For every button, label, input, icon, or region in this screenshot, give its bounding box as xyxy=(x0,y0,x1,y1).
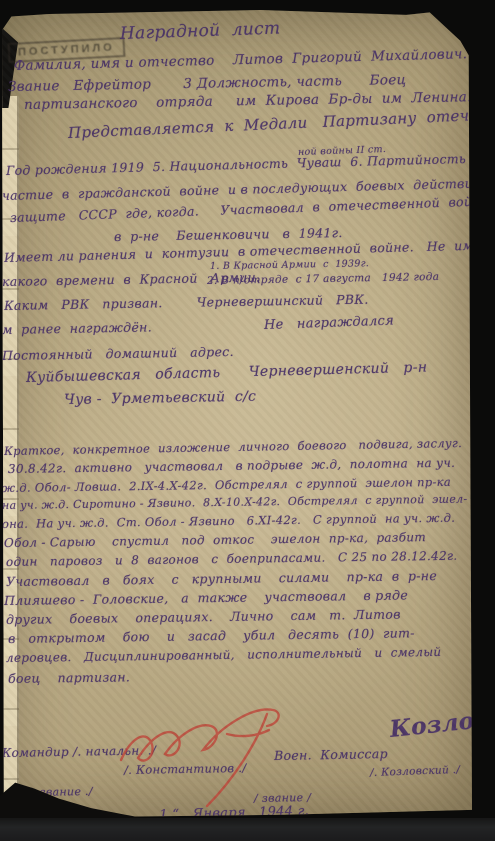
presentation-line: Представляется к Медали Партизану отечес… xyxy=(68,104,495,142)
document-page: ПОСТУПИЛО Наградной лист Фамилия, имя и … xyxy=(2,10,472,818)
red-army-since-value: 1. В Красной Армии с 1939г. xyxy=(210,258,369,272)
feat-line: один паровоз и 8 вагонов с боеприпасами.… xyxy=(6,549,458,569)
address-region-line: Куйбышевская область Черневершенский р-н xyxy=(26,359,428,386)
presentation-sub-line: ной войны II ст. xyxy=(298,144,387,158)
feat-line: на уч. ж.д. Сиротино - Язвино. 8.X-10.X-… xyxy=(2,493,468,512)
address-village-line: Чув - Урметьевский с/с xyxy=(64,389,256,408)
feat-line: она. На уч. ж.д. Ст. Обол - Язвино 6.XI-… xyxy=(2,511,455,531)
book-page-edges xyxy=(2,96,19,796)
prior-awards-value: Не награждался xyxy=(264,313,395,333)
feat-line: Участвовал в боях с крупными силами пр-к… xyxy=(6,568,437,589)
red-ink-signature xyxy=(107,694,307,809)
photo-bottom-edge xyxy=(0,818,495,841)
beshenkovichi-line: в р-не Бешенковичи в 1941г. xyxy=(114,225,343,244)
commissar-ink-signature: Козлов xyxy=(389,706,491,743)
name-line: Фамилия, имя и отчество Литов Григорий М… xyxy=(14,46,468,74)
commander-name: /. Константинов ./ xyxy=(124,761,247,777)
document-title: Наградной лист xyxy=(120,18,281,44)
feat-line: в открытом бою и засад убил десять (10) … xyxy=(8,625,415,646)
partisan-since-value: 2. В п/отряде с 17 августа 1942 года xyxy=(207,271,439,287)
received-stamp: ПОСТУПИЛО xyxy=(8,37,126,63)
torn-corner-shadow xyxy=(2,28,18,108)
feat-heading: Краткое, конкретное изложение личного бо… xyxy=(4,436,462,458)
unit-line: партизанского отряда им Кирова Бр-ды им … xyxy=(24,89,472,113)
feat-line: боец партизан. xyxy=(8,669,130,686)
rank-position-line: Звание Ефрейтор 3 Должность, часть Боец xyxy=(8,72,407,95)
feat-line: ж.д. Обол- Ловша. 2.IX-4.X-42г. Обстреля… xyxy=(2,475,451,495)
red-army-since-label: какого времени в Красной Армии. xyxy=(2,269,260,289)
commander-label: Командир /. начальн. ./ xyxy=(2,743,156,760)
home-address-label: Постоянный домашний адрес. xyxy=(2,344,234,363)
commissar-name: /. Козловский ./ xyxy=(370,764,461,779)
rank-placeholder-right: / звание / xyxy=(254,791,311,805)
civil-war-line: частие в гражданской войне и в последующ… xyxy=(2,175,489,203)
feat-line: других боевых операциях. Лично сам т. Ли… xyxy=(6,606,401,627)
commissar-label: Воен. Комиссар xyxy=(274,746,388,763)
feat-line: Обол - Сарыю спустил под откос эшелон пр… xyxy=(4,530,426,550)
document-photo: ПОСТУПИЛО Наградной лист Фамилия, имя и … xyxy=(0,0,495,841)
ussr-defense-line: защите СССР где, когда. Участвовал в оте… xyxy=(10,193,489,225)
prior-awards-label: м ранее награждён. xyxy=(2,319,152,337)
feat-line: 30.8.42г. активно участвовал в подрыве ж… xyxy=(8,456,455,476)
rvk-line: Каким РВК призван. Черневершинский РВК. xyxy=(4,292,369,313)
feat-line: Плияшево - Головские, а также участвовал… xyxy=(4,587,408,608)
wounds-line: Имеет ли ранения и контузии в отечествен… xyxy=(4,237,495,265)
birth-nationality-line: Год рождения 1919 5. Национальность Чува… xyxy=(6,150,495,178)
feat-line: леровцев. Дисциплинированный, исполнител… xyxy=(6,645,442,665)
